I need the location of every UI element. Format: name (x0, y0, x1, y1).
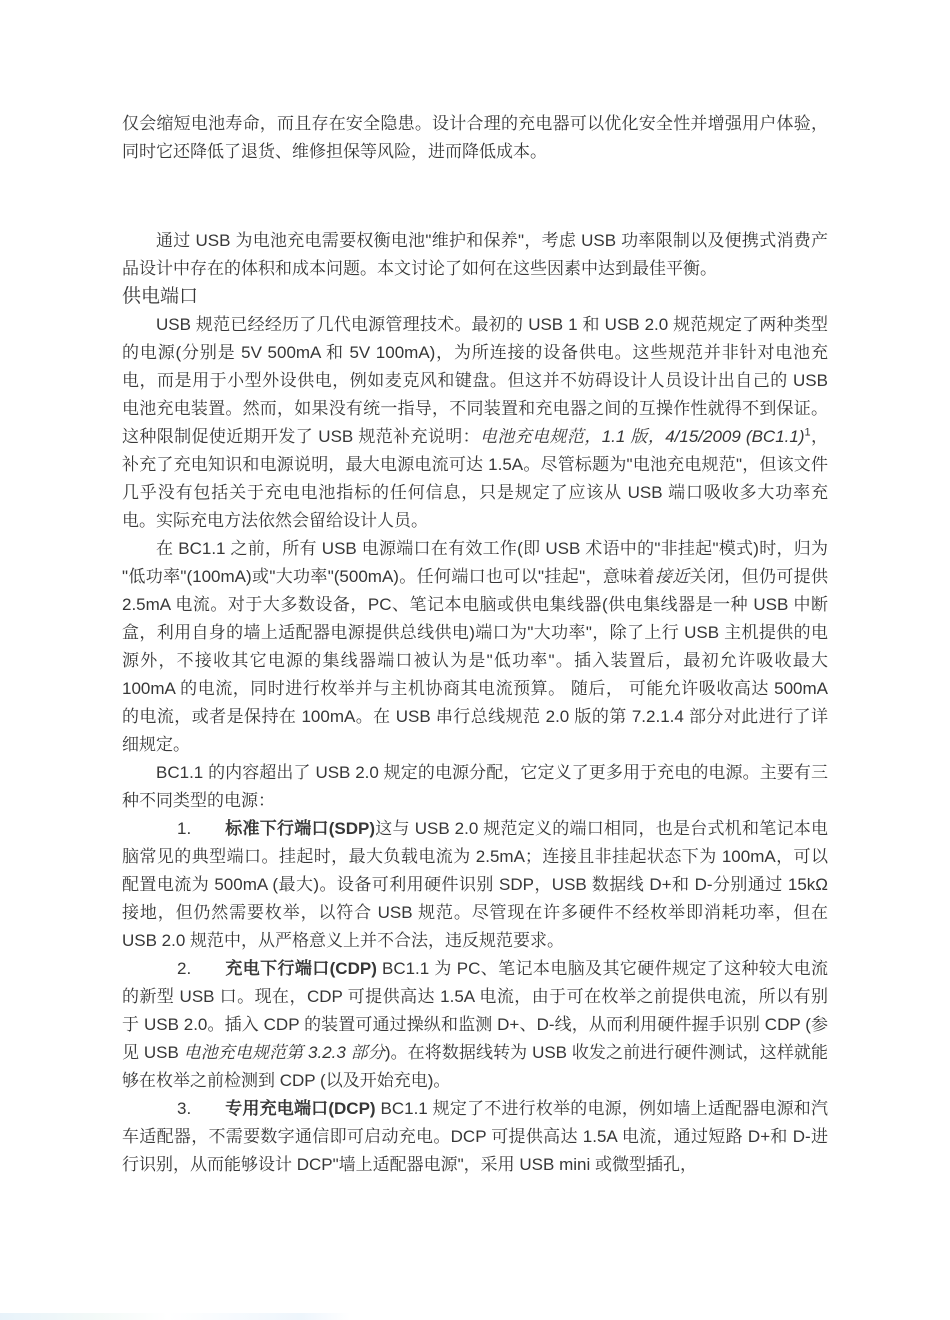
list-item-number: 2. (177, 955, 225, 983)
bold-text: 专用充电端口(DCP) (225, 1099, 376, 1118)
bold-text: 标准下行端口(SDP) (225, 819, 375, 838)
italic-text: 电池充电规范，1.1 版，4/15/2009 (BC1.1) (480, 427, 804, 446)
italic-text: 电池充电规范第 3.2.3 部分 (184, 1043, 385, 1062)
text-run: BC1.1 的内容超出了 USB 2.0 规定的电源分配，它定义了更多用于充电的… (122, 763, 828, 810)
paragraph: BC1.1 的内容超出了 USB 2.0 规定的电源分配，它定义了更多用于充电的… (122, 759, 828, 815)
text-run: 关闭，但仍可提供 2.5mA 电流。对于大多数设备，PC、笔记本电脑或供电集线器… (122, 567, 828, 754)
cutoff-figure-edge (0, 1313, 350, 1320)
paragraph: USB 规范已经经历了几代电源管理技术。最初的 USB 1 和 USB 2.0 … (122, 311, 828, 535)
list-item-number: 3. (177, 1095, 225, 1123)
list-item-number: 1. (177, 815, 225, 843)
list-item: 2.充电下行端口(CDP) BC1.1 为 PC、笔记本电脑及其它硬件规定了这种… (122, 955, 828, 1095)
text-run: 这与 USB 2.0 规范定义的端口相同，也是台式机和笔记本电脑常见的典型端口。… (122, 819, 828, 950)
paragraph: 在 BC1.1 之前，所有 USB 电源端口在有效工作(即 USB 术语中的"非… (122, 535, 828, 759)
section-heading: 供电端口 (122, 283, 828, 311)
document-body: 仅会缩短电池寿命，而且存在安全隐患。设计合理的充电器可以优化安全性并增强用户体验… (0, 0, 950, 1179)
italic-text: 接近 (655, 567, 690, 586)
text-run: 供电端口 (122, 286, 198, 307)
text-run: 通过 USB 为电池充电需要权衡电池"维护和保养"，考虑 USB 功率限制以及便… (122, 231, 828, 278)
bold-text: 充电下行端口(CDP) (225, 959, 377, 978)
paragraph: 通过 USB 为电池充电需要权衡电池"维护和保养"，考虑 USB 功率限制以及便… (122, 227, 828, 283)
paragraph: 仅会缩短电池寿命，而且存在安全隐患。设计合理的充电器可以优化安全性并增强用户体验… (122, 110, 828, 166)
list-item: 3.专用充电端口(DCP) BC1.1 规定了不进行枚举的电源，例如墙上适配器电… (122, 1095, 828, 1179)
document-page: 仅会缩短电池寿命，而且存在安全隐患。设计合理的充电器可以优化安全性并增强用户体验… (0, 0, 950, 1320)
text-run: 仅会缩短电池寿命，而且存在安全隐患。设计合理的充电器可以优化安全性并增强用户体验… (122, 114, 828, 161)
list-item: 1.标准下行端口(SDP)这与 USB 2.0 规范定义的端口相同，也是台式机和… (122, 815, 828, 955)
